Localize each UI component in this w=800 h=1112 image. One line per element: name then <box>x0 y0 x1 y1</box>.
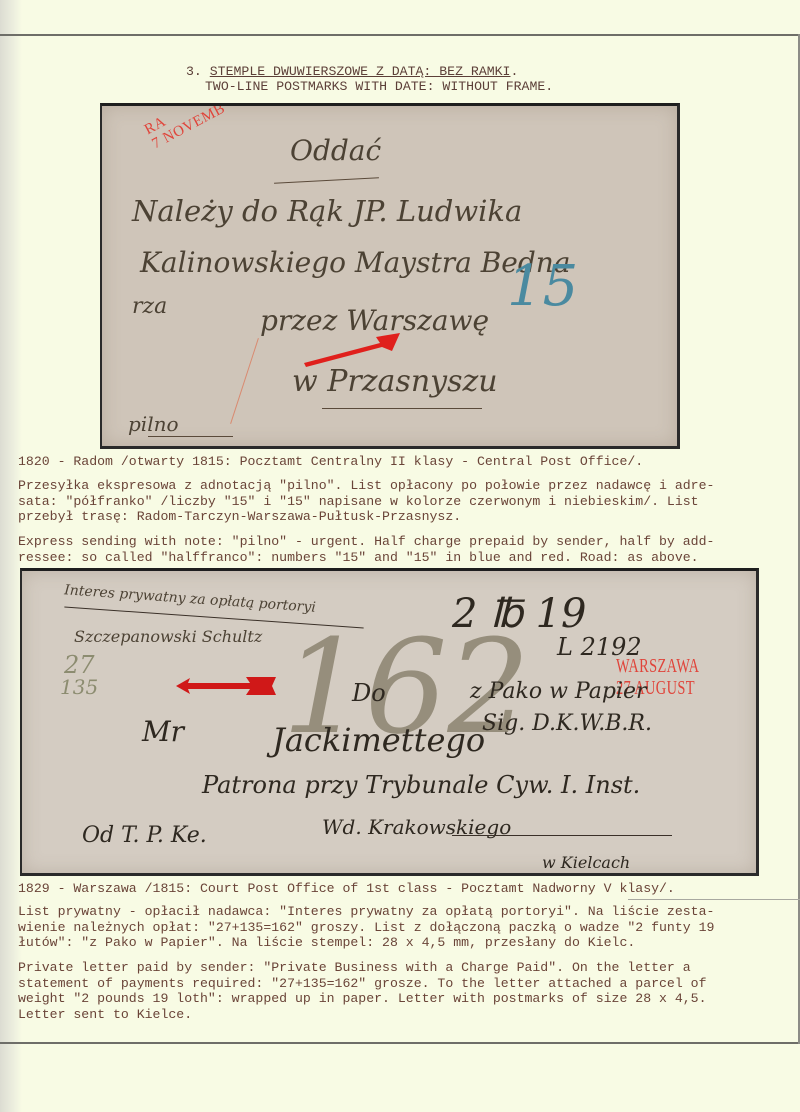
hw-interes-note: Interes prywatny za opłatą portoryi <box>64 582 317 616</box>
caption-line: sata: "półfranko" /liczby "15" i "15" na… <box>18 494 714 510</box>
hw-sender-mark: Od T. P. Ke. <box>82 823 207 848</box>
caption-line: statement of payments required: "27+135=… <box>18 976 707 992</box>
page-title: 3. STEMPLE DWUWIERSZOWE Z DATĄ: BEZ RAMK… <box>186 64 553 94</box>
top-rule <box>0 34 800 36</box>
hw-addr-city: w Kielcach <box>542 853 630 872</box>
underline-pilno <box>148 436 233 437</box>
underline-przasnysz <box>322 408 482 409</box>
caption-2-english: Private letter paid by sender: "Private … <box>18 960 707 1022</box>
title-period: . <box>510 64 518 79</box>
caption-line: przebył trasę: Radom-Tarczyn-Warszawa-Pu… <box>18 509 714 525</box>
postmark-radom: RA 7 NOVEMB <box>142 103 228 152</box>
letter-1829-warszawa: Interes prywatny za opłatą portoryi Szcz… <box>20 568 759 876</box>
hw-address-line-1: Należy do Rąk JP. Ludwika <box>132 194 522 228</box>
hw-pilno-note: pilno <box>128 412 179 436</box>
caption-line: weight "2 pounds 19 loth": wrapped up in… <box>18 991 707 1007</box>
hw-sender-name: Szczepanowski Schultz <box>74 627 262 646</box>
red-arrow-marker <box>174 675 284 699</box>
hw-weight: 2 ℔ 19 <box>452 591 587 637</box>
hw-oddac: Oddać <box>290 134 381 167</box>
title-number: 3. <box>186 64 202 79</box>
postmark-line-1: WARSZAWA <box>616 655 699 677</box>
caption-line: Express sending with note: "pilno" - urg… <box>18 534 714 550</box>
hw-address-line-4: w Przasnyszu <box>292 364 498 399</box>
hw-address-rza: rza <box>132 294 167 319</box>
hw-addr-do: Do <box>352 679 386 707</box>
caption-line: ressee: so called "halffranco": numbers … <box>18 550 714 566</box>
caption-line: Private letter paid by sender: "Private … <box>18 960 707 976</box>
hw-addr-line: Patrona przy Trybunale Cyw. I. Inst. <box>202 771 640 799</box>
hw-calc-135: 135 <box>60 675 98 699</box>
caption-line: łutów": "z Pako w Papier". Na liście ste… <box>18 935 714 951</box>
letter-1820-radom: RA 7 NOVEMB Oddać Należy do Rąk JP. Ludw… <box>100 103 680 449</box>
caption-2-box-outline <box>628 899 800 900</box>
blue-charge-15: 15 <box>507 254 578 319</box>
hw-address-line-2: Kalinowskiego Maystra Bedna <box>140 246 571 279</box>
hw-addr-name: Jackimettego <box>272 721 485 759</box>
bottom-rule <box>0 1042 800 1044</box>
red-charge-stroke <box>230 338 259 424</box>
underline-region <box>452 835 672 836</box>
caption-line: Przesyłka ekspresowa z adnotacją "pilno"… <box>18 478 714 494</box>
caption-line: Letter sent to Kielce. <box>18 1007 707 1023</box>
caption-1-english: Express sending with note: "pilno" - urg… <box>18 534 714 565</box>
hw-addr-sig: Sig. D.K.W.B.R. <box>482 711 652 736</box>
title-polish: STEMPLE DWUWIERSZOWE Z DATĄ: BEZ RAMKI <box>210 64 511 79</box>
title-english: TWO-LINE POSTMARKS WITH DATE: WITHOUT FR… <box>205 79 553 94</box>
underline-oddac <box>274 177 379 183</box>
hw-addr-mr: Mr <box>142 715 184 748</box>
caption-2-polish: List prywatny - opłacił nadawca: "Intere… <box>18 904 714 951</box>
caption-2-heading: 1829 - Warszawa /1815: Court Post Office… <box>18 881 675 897</box>
hw-addr-pako: z Pako w Papier <box>470 679 647 704</box>
caption-1-heading: 1820 - Radom /otwarty 1815: Pocztamt Cen… <box>18 454 643 470</box>
caption-1-polish: Przesyłka ekspresowa z adnotacją "pilno"… <box>18 478 714 525</box>
red-arrow-marker <box>302 329 412 369</box>
caption-line: wienie należnych opłat: "27+135=162" gro… <box>18 920 714 936</box>
caption-line: List prywatny - opłacił nadawca: "Intere… <box>18 904 714 920</box>
